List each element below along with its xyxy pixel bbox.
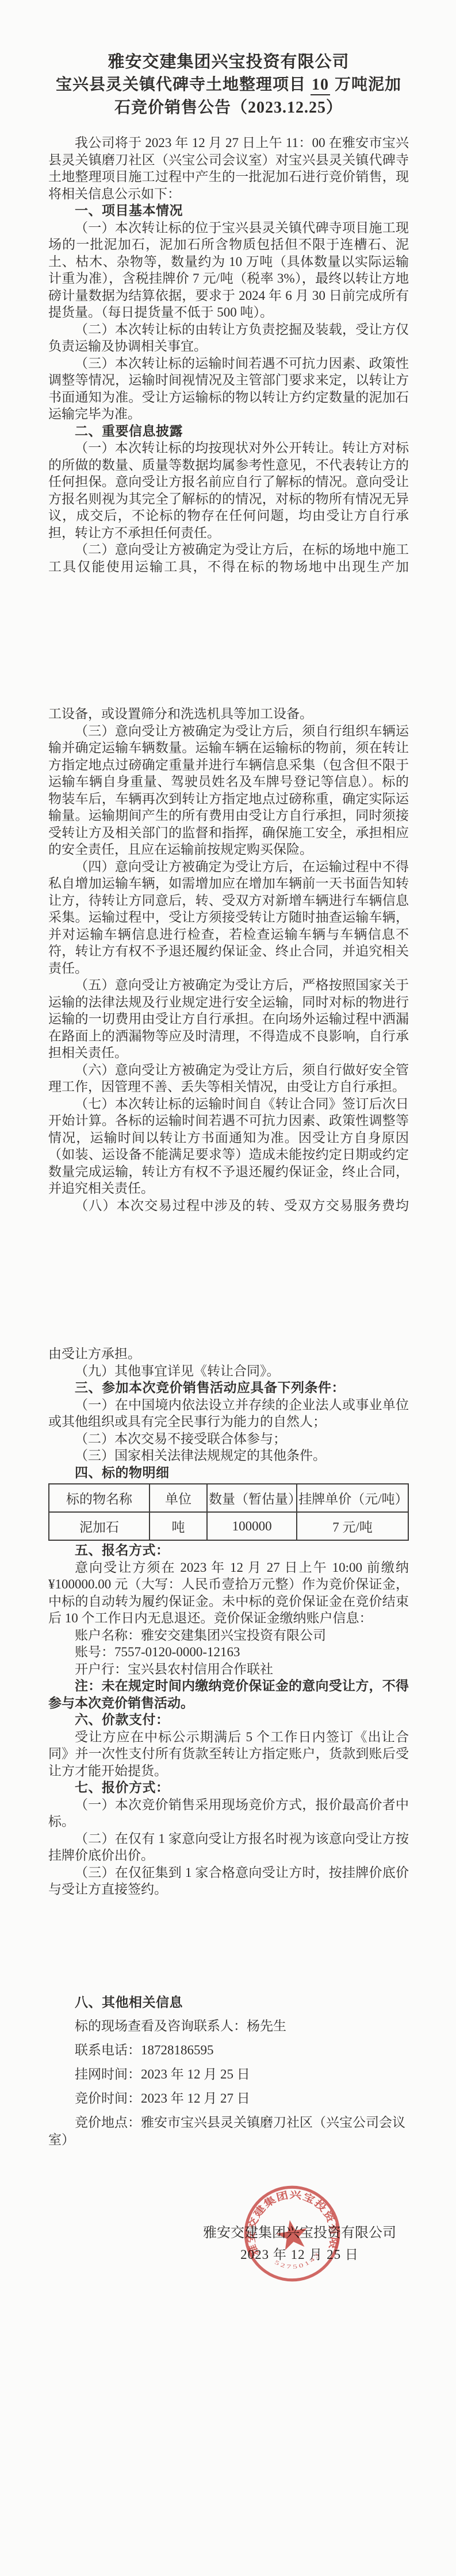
announcement-title-prefix: 宝兴县灵关镇代碑寺土地整理项目	[56, 76, 311, 94]
table-header-cell: 挂牌单价（元/吨）	[297, 1484, 408, 1512]
document-page-3: 由受让方承担。（九）其他事宜详见《转让合同》。三、参加本次竞价销售活动应具备下列…	[0, 1316, 456, 1988]
company-title: 雅安交建集团兴宝投资有限公司	[48, 51, 409, 74]
scanned-announcement-document: 雅安交建集团兴宝投资有限公司 宝兴县灵关镇代碑寺土地整理项目 10 万吨泥加石竞…	[0, 0, 456, 2576]
document-page-1: 雅安交建集团兴宝投资有限公司 宝兴县灵关镇代碑寺土地整理项目 10 万吨泥加石竞…	[0, 0, 456, 638]
table-header-cell: 数量（暂估量）	[207, 1484, 297, 1512]
table-cell: 吨	[150, 1512, 207, 1540]
paragraph: （一）本次转让标的位于宝兴县灵关镇代碑寺项目施工现场的一批泥加石，泥加石所含物质…	[48, 219, 409, 321]
table-header-cell: 单位	[150, 1484, 207, 1512]
page-3-body-upper: 由受让方承担。（九）其他事宜详见《转让合同》。三、参加本次竞价销售活动应具备下列…	[48, 1345, 409, 1481]
paragraph: （三）在仅征集到 1 家合格意向受让方时，按挂牌价底价与受让方直接签约。	[48, 1864, 409, 1898]
table-cell: 泥加石	[49, 1512, 150, 1540]
paragraph: （八）本次交易过程中涉及的转、受双方交易服务费均	[48, 1197, 409, 1214]
paragraph: （三）意向受让方被确定为受让方后，须自行组织车辆运输并确定运输车辆数量。运输车辆…	[48, 723, 409, 858]
section-heading: 八、其他相关信息	[48, 1993, 409, 2011]
paragraph: 我公司将于 2023 年 12 月 27 日上午 11：00 在雅安市宝兴县灵关…	[48, 134, 409, 202]
table-header-cell: 标的物名称	[49, 1484, 150, 1512]
paragraph: （九）其他事宜详见《转让合同》。	[48, 1363, 409, 1380]
paragraph: （一）本次竞价销售采用现场竞价方式，报价最高价者中标。	[48, 1796, 409, 1830]
section-heading: 三、参加本次竞价销售活动应具备下列条件：	[48, 1379, 409, 1397]
subject-table-data-row: 泥加石 吨 100000 7 元/吨	[49, 1512, 408, 1540]
announcement-title: 宝兴县灵关镇代碑寺土地整理项目 10 万吨泥加石竞价销售公告（2023.12.2…	[48, 74, 409, 119]
document-page-4: 八、其他相关信息标的现场查看及咨询联系人：杨先生联系电话：18728186595…	[0, 1988, 456, 2576]
paragraph: 联系电话：18728186595	[48, 2042, 409, 2059]
section-heading: 一、项目基本情况	[48, 202, 409, 219]
paragraph: 工设备，或设置筛分和洗选机具等加工设备。	[48, 705, 409, 723]
subject-table-header-row: 标的物名称 单位 数量（暂估量） 挂牌单价（元/吨）	[49, 1484, 408, 1512]
paragraph: （三）本次转让标的运输时间若遇不可抗力因素、政策性调整等情况，运输时间视情况及主…	[48, 355, 409, 423]
paragraph: （三）国家相关法律法规规定的其他条件。	[48, 1447, 409, 1464]
paragraph: 注：未在规定时间内缴纳竞价保证金的意向受让方，不得参与本次竞价销售活动。	[48, 1678, 409, 1711]
page-4-body: 八、其他相关信息标的现场查看及咨询联系人：杨先生联系电话：18728186595…	[48, 1993, 409, 2149]
paragraph: （二）本次转让标的由转让方负责挖掘及装载，受让方仅负责运输及协调相关事宜。	[48, 321, 409, 355]
paragraph: 账号：7557-0120-0000-12163	[48, 1644, 409, 1661]
paragraph: 挂网时间：2023 年 12 月 25 日	[48, 2066, 409, 2083]
paragraph: 意向受让方须在 2023 年 12 月 27 日上午 10:00 前缴纳¥100…	[48, 1559, 409, 1627]
document-page-2: 工设备，或设置筛分和洗选机具等加工设备。（三）意向受让方被确定为受让方后，须自行…	[0, 638, 456, 1316]
paragraph: （六）意向受让方被确定为受让方后，须自行做好安全管理工作，因管理不善、丢失等相关…	[48, 1062, 409, 1096]
paragraph: 标的现场查看及咨询联系人：杨先生	[48, 2018, 409, 2035]
section-heading: 七、报价方式：	[48, 1779, 409, 1796]
paragraph: 账户名称：雅安交建集团兴宝投资有限公司	[48, 1627, 409, 1644]
signature-company: 雅安交建集团兴宝投资有限公司	[201, 2223, 398, 2243]
paragraph: （五）意向受让方被确定为受让方后，严格按照国家关于运输的法律法规及行业规定进行安…	[48, 977, 409, 1062]
section-heading: 六、价款支付：	[48, 1711, 409, 1729]
page-2-body: 工设备，或设置筛分和洗选机具等加工设备。（三）意向受让方被确定为受让方后，须自行…	[48, 705, 409, 1214]
section-heading: 四、标的物明细	[48, 1464, 409, 1482]
paragraph: （一）本次转让标的均按现状对外公开转让。转让方对标的所做的数量、质量等数据均属参…	[48, 439, 409, 541]
paragraph: 受让方应在中标公示期满后 5 个工作日内签订《出让合同》并一次性支付所有货款至转…	[48, 1729, 409, 1780]
paragraph: （四）意向受让方被确定为受让方后，在运输过程中不得私自增加运输车辆，如需增加应在…	[48, 858, 409, 977]
paragraph: （一）在中国境内依法设立并存续的企业法人或事业单位或其他组织或具有完全民事行为能…	[48, 1397, 409, 1430]
table-cell: 7 元/吨	[297, 1512, 408, 1540]
section-heading: 二、重要信息披露	[48, 423, 409, 440]
paragraph: （二）本次交易不接受联合体参与；	[48, 1430, 409, 1448]
announcement-title-quantity: 10	[311, 76, 330, 95]
subject-table: 标的物名称 单位 数量（暂估量） 挂牌单价（元/吨） 泥加石 吨 100000 …	[48, 1483, 409, 1541]
paragraph: 开户行：宝兴县农村信用合作联社	[48, 1661, 409, 1678]
section-heading: 五、报名方式：	[48, 1542, 409, 1559]
page-3-body-lower: 五、报名方式：意向受让方须在 2023 年 12 月 27 日上午 10:00 …	[48, 1542, 409, 1898]
paragraph: （二）在仅有 1 家意向受让方报名时视为该意向受让方按挂牌价底价出价。	[48, 1830, 409, 1864]
page-1-body: 我公司将于 2023 年 12 月 27 日上午 11：00 在雅安市宝兴县灵关…	[48, 134, 409, 575]
table-cell: 100000	[207, 1512, 297, 1540]
paragraph: （七）本次转让标的运输时间自《转让合同》签订后次日开始计算。各标的运输时间若遇不…	[48, 1096, 409, 1197]
signature-date: 2023 年 12 月 25 日	[201, 2245, 398, 2265]
paragraph: 竞价地点：雅安市宝兴县灵关镇磨刀社区（兴宝公司会议室）	[48, 2114, 409, 2149]
paragraph: （二）意向受让方被确定为受让方后，在标的场地中施工工具仅能使用运输工具，不得在标…	[48, 541, 409, 575]
signature-block: 雅安交建集团兴宝投资有限公司 2023 年 12 月 25 日	[201, 2223, 398, 2265]
paragraph: 竞价时间：2023 年 12 月 27 日	[48, 2090, 409, 2107]
paragraph: 由受让方承担。	[48, 1345, 409, 1363]
